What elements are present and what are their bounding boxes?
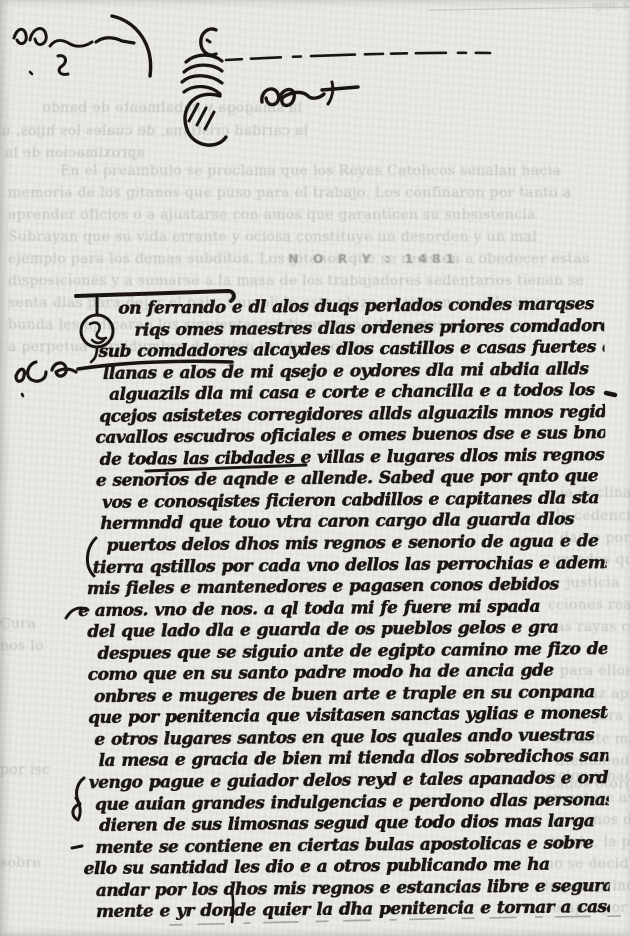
bleedthrough-fragment: por isc: [0, 762, 50, 778]
bleedthrough-fragment: disposiciones y a sumarse a la masa de l…: [8, 273, 584, 289]
bleedthrough-fragment: nos lo: [0, 638, 44, 654]
bleedthrough-fragment: memoria de los gitanos que puso para el …: [8, 185, 571, 201]
date-stamp: N O R Y : 1481: [288, 251, 459, 266]
bleedthrough-fragment: Cura: [0, 616, 36, 632]
manuscript-body: on ferrando e dl alos duqs perlados cond…: [70, 294, 610, 927]
manuscript-line: mente e yr donde quier la dha penitencia…: [76, 897, 610, 924]
bleedthrough-fragment: sobre: [0, 855, 41, 871]
manuscript-scan-page: ignic ala sinagoga y cabalmente de bando…: [0, 0, 630, 936]
bleedthrough-fragment: aproximacion de la caridad: [0, 145, 145, 161]
bleedthrough-fragment: la sinagoga y cabalmente de bando: [42, 100, 302, 116]
bleedthrough-fragment: aprender oficios o a ajustarse con amos …: [8, 207, 536, 223]
bleedthrough-fragment: ignic a: [592, 1, 628, 12]
bleedthrough-fragment: Subrayan que su vida errante y ociosa co…: [8, 229, 537, 245]
bleedthrough-fragment: En el preambulo se proclama que los Reye…: [60, 163, 561, 179]
bleedthrough-fragment: la caridad cristiana, de cuales los hijo…: [0, 123, 308, 139]
